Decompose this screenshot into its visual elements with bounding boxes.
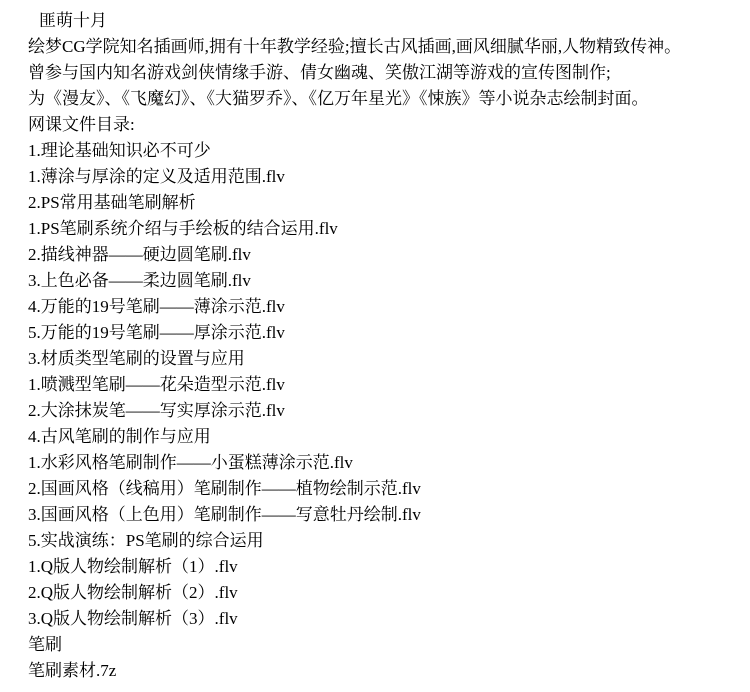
text-line: 网课文件目录: (28, 112, 740, 138)
text-line: 笔刷 (28, 632, 740, 658)
text-line: 3.Q版人物绘制解析（3）.flv (28, 606, 740, 632)
text-line: 2.Q版人物绘制解析（2）.flv (28, 580, 740, 606)
text-line: 2.国画风格（线稿用）笔刷制作——植物绘制示范.flv (28, 476, 740, 502)
text-line: 曾参与国内知名游戏剑侠情缘手游、倩女幽魂、笑傲江湖等游戏的宣传图制作; (28, 60, 740, 86)
text-line: 笔刷素材.7z (28, 658, 740, 684)
text-line: 绘梦CG学院知名插画师,拥有十年教学经验;擅长古风插画,画风细腻华丽,人物精致传… (28, 34, 740, 60)
document-body: 匪萌十月绘梦CG学院知名插画师,拥有十年教学经验;擅长古风插画,画风细腻华丽,人… (0, 0, 750, 684)
text-line: 2.描线神器——硬边圆笔刷.flv (28, 242, 740, 268)
page-title: 匪萌十月 (28, 8, 740, 34)
text-line: 1.Q版人物绘制解析（1）.flv (28, 554, 740, 580)
text-line: 3.国画风格（上色用）笔刷制作——写意牡丹绘制.flv (28, 502, 740, 528)
text-line: 1.水彩风格笔刷制作——小蛋糕薄涂示范.flv (28, 450, 740, 476)
text-line: 4.万能的19号笔刷——薄涂示范.flv (28, 294, 740, 320)
text-line: 5.实战演练：PS笔刷的综合运用 (28, 528, 740, 554)
text-line: 1.喷溅型笔刷——花朵造型示范.flv (28, 372, 740, 398)
text-line: 2.PS常用基础笔刷解析 (28, 190, 740, 216)
text-line: 3.上色必备——柔边圆笔刷.flv (28, 268, 740, 294)
text-line: 1.薄涂与厚涂的定义及适用范围.flv (28, 164, 740, 190)
text-line: 3.材质类型笔刷的设置与应用 (28, 346, 740, 372)
text-line: 5.万能的19号笔刷——厚涂示范.flv (28, 320, 740, 346)
text-line: 1.PS笔刷系统介绍与手绘板的结合运用.flv (28, 216, 740, 242)
text-line: 为《漫友》、《飞魔幻》、《大猫罗乔》、《亿万年星光》《悚族》等小说杂志绘制封面。 (28, 86, 740, 112)
text-line: 1.理论基础知识必不可少 (28, 138, 740, 164)
text-line: 2.大涂抹炭笔——写实厚涂示范.flv (28, 398, 740, 424)
text-line: 4.古风笔刷的制作与应用 (28, 424, 740, 450)
